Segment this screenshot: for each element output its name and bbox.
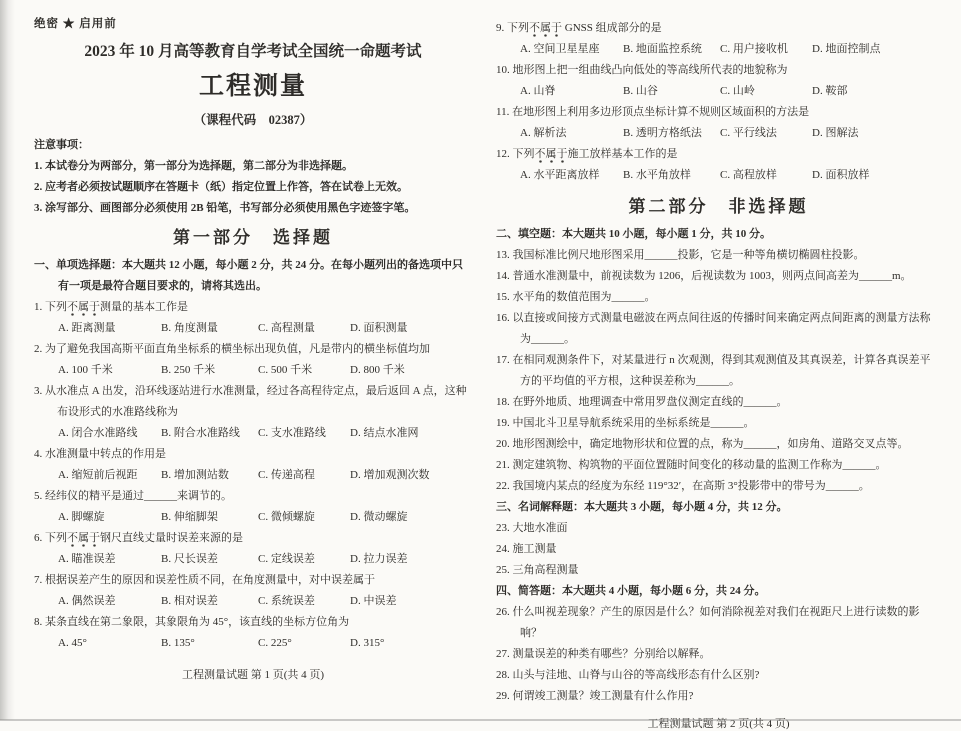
notes-heading: 注意事项： <box>34 135 472 156</box>
note-item-2: 2. 应考者必须按试题顺序在答题卡（纸）指定位置上作答，答在试卷上无效。 <box>34 177 472 198</box>
question-10: 10. 地形图上把一组曲线凸向低处的等高线所代表的地貌称为 A. 山脊 B. 山… <box>496 60 941 102</box>
question-text: 9. 下列不属于 GNSS 组成部分的是 <box>496 18 941 39</box>
option-d: D. 800 千米 <box>350 360 472 381</box>
option-b: B. 地面监控系统 <box>623 39 720 60</box>
option-c: C. 定线误差 <box>258 549 350 570</box>
question-options: A. 空间卫星星座 B. 地面监控系统 C. 用户接收机 D. 地面控制点 <box>496 39 941 60</box>
question-text-pre: 7. 根据误差产生的原因和误差性质不同，在角度测量中，对中误差属于 <box>34 574 375 586</box>
question-22: 22. 我国境内某点的经度为东经 119°32′，在高斯 3°投影带中的带号为_… <box>496 476 941 497</box>
option-a: A. 45° <box>58 633 161 654</box>
question-text: 4. 水准测量中转点的作用是 <box>34 444 472 465</box>
question-13: 13. 我国标准比例尺地形图采用______投影，它是一种等角横切椭圆柱投影。 <box>496 245 941 266</box>
question-1: 1. 下列不属于测量的基本工作是 A. 距离测量 B. 角度测量 C. 高程测量… <box>34 297 472 339</box>
question-15: 15. 水平角的数值范围为______。 <box>496 287 941 308</box>
question-options: A. 距离测量 B. 角度测量 C. 高程测量 D. 面积测量 <box>34 318 472 339</box>
question-text: 1. 下列不属于测量的基本工作是 <box>34 297 472 318</box>
course-code: （课程代码 02387） <box>34 110 472 130</box>
question-26: 26. 什么叫视差现象？产生的原因是什么？如何消除视差对我们在视距尺上进行读数的… <box>496 602 941 644</box>
option-a: A. 100 千米 <box>58 360 161 381</box>
question-options: A. 100 千米 B. 250 千米 C. 500 千米 D. 800 千米 <box>34 360 472 381</box>
question-options: A. 解析法 B. 透明方格纸法 C. 平行线法 D. 图解法 <box>496 123 941 144</box>
option-c: C. 500 千米 <box>258 360 350 381</box>
question-options: A. 缩短前后视距 B. 增加测站数 C. 传递高程 D. 增加观测次数 <box>34 465 472 486</box>
question-29: 29. 何谓竣工测量？竣工测量有什么作用? <box>496 686 941 707</box>
option-a: A. 空间卫星星座 <box>520 39 623 60</box>
question-text-pre: 1. 下列 <box>34 301 67 313</box>
option-c: C. 微倾螺旋 <box>258 507 350 528</box>
question-11: 11. 在地形图上利用多边形顶点坐标计算不规则区域面积的方法是 A. 解析法 B… <box>496 102 941 144</box>
option-b: B. 相对误差 <box>161 591 258 612</box>
option-b: B. 增加测站数 <box>161 465 258 486</box>
subject-title: 工程测量 <box>34 71 472 103</box>
option-c: C. 山岭 <box>720 81 812 102</box>
option-d: D. 微动螺旋 <box>350 507 472 528</box>
option-d: D. 地面控制点 <box>812 39 941 60</box>
option-c: C. 系统误差 <box>258 591 350 612</box>
question-6: 6. 下列不属于钢尺直线丈量时误差来源的是 A. 瞄准误差 B. 尺长误差 C.… <box>34 528 472 570</box>
option-b: B. 尺长误差 <box>161 549 258 570</box>
option-c: C. 平行线法 <box>720 123 812 144</box>
option-a: A. 脚螺旋 <box>58 507 161 528</box>
question-text-post: 施工放样基本工作的是 <box>568 148 678 160</box>
question-options: A. 偶然误差 B. 相对误差 C. 系统误差 D. 中误差 <box>34 591 472 612</box>
option-b: B. 135° <box>161 633 258 654</box>
question-16: 16. 以直接或间接方式测量电磁波在两点间往返的传播时间来确定两点间距离的测量方… <box>496 308 941 350</box>
option-d: D. 图解法 <box>812 123 941 144</box>
emphasized-text: 不属于 <box>67 532 100 547</box>
question-19: 19. 中国北斗卫星导航系统采用的坐标系统是______。 <box>496 413 941 434</box>
question-text-pre: 8. 某条直线在第二象限，其象限角为 45°，该直线的坐标方位角为 <box>34 616 349 628</box>
note-item-1: 1. 本试卷分为两部分，第一部分为选择题，第二部分为非选择题。 <box>34 156 472 177</box>
option-c: C. 传递高程 <box>258 465 350 486</box>
option-b: B. 附合水准路线 <box>161 423 258 444</box>
question-27: 27. 测量误差的种类有哪些？分别给以解释。 <box>496 644 941 665</box>
emphasized-text: 不属于 <box>67 301 100 316</box>
question-options: A. 45° B. 135° C. 225° D. 315° <box>34 633 472 654</box>
question-options: A. 水平距离放样 B. 水平角放样 C. 高程放样 D. 面积放样 <box>496 165 941 186</box>
page-2-column: 9. 下列不属于 GNSS 组成部分的是 A. 空间卫星星座 B. 地面监控系统… <box>496 12 941 731</box>
question-text-post: 测量的基本工作是 <box>100 301 188 313</box>
question-text: 3. 从水准点 A 出发，沿环线逐站进行水准测量，经过各高程待定点，最后返回 A… <box>34 381 472 423</box>
question-25: 25. 三角高程测量 <box>496 560 941 581</box>
question-text: 10. 地形图上把一组曲线凸向低处的等高线所代表的地貌称为 <box>496 60 941 81</box>
note-item-3: 3. 涂写部分、画图部分必须使用 2B 铅笔，书写部分必须使用黑色字迹签字笔。 <box>34 198 472 219</box>
question-text-pre: 2. 为了避免我国高斯平面直角坐标系的横坐标出现负值，凡是带内的横坐标值均加 <box>34 343 430 355</box>
question-text: 6. 下列不属于钢尺直线丈量时误差来源的是 <box>34 528 472 549</box>
option-a: A. 瞄准误差 <box>58 549 161 570</box>
question-5: 5. 经纬仪的精平是通过______来调节的。 A. 脚螺旋 B. 伸缩脚架 C… <box>34 486 472 528</box>
option-b: B. 山谷 <box>623 81 720 102</box>
part-1-heading: 第一部分 选择题 <box>34 226 472 250</box>
question-9: 9. 下列不属于 GNSS 组成部分的是 A. 空间卫星星座 B. 地面监控系统… <box>496 18 941 60</box>
option-d: D. 拉力误差 <box>350 549 472 570</box>
question-text: 2. 为了避免我国高斯平面直角坐标系的横坐标出现负值，凡是带内的横坐标值均加 <box>34 339 472 360</box>
question-text-post: GNSS 组成部分的是 <box>562 22 662 34</box>
question-23: 23. 大地水准面 <box>496 518 941 539</box>
question-text-post: 钢尺直线丈量时误差来源的是 <box>100 532 243 544</box>
question-text-pre: 4. 水准测量中转点的作用是 <box>34 448 166 460</box>
question-3: 3. 从水准点 A 出发，沿环线逐站进行水准测量，经过各高程待定点，最后返回 A… <box>34 381 472 444</box>
question-18: 18. 在野外地质、地理调查中常用罗盘仪测定直线的______。 <box>496 392 941 413</box>
section-2-intro: 二、填空题：本大题共 10 小题，每小题 1 分，共 10 分。 <box>496 224 941 245</box>
section-3-intro: 三、名词解释题：本大题共 3 小题，每小题 4 分，共 12 分。 <box>496 497 941 518</box>
question-2: 2. 为了避免我国高斯平面直角坐标系的横坐标出现负值，凡是带内的横坐标值均加 A… <box>34 339 472 381</box>
question-text: 12. 下列不属于施工放样基本工作的是 <box>496 144 941 165</box>
option-b: B. 水平角放样 <box>623 165 720 186</box>
option-b: B. 伸缩脚架 <box>161 507 258 528</box>
question-text-pre: 12. 下列 <box>496 148 535 160</box>
option-d: D. 面积放样 <box>812 165 941 186</box>
question-options: A. 瞄准误差 B. 尺长误差 C. 定线误差 D. 拉力误差 <box>34 549 472 570</box>
option-b: B. 角度测量 <box>161 318 258 339</box>
option-d: D. 增加观测次数 <box>350 465 472 486</box>
question-7: 7. 根据误差产生的原因和误差性质不同，在角度测量中，对中误差属于 A. 偶然误… <box>34 570 472 612</box>
option-a: A. 闭合水准路线 <box>58 423 161 444</box>
option-c: C. 支水准路线 <box>258 423 350 444</box>
question-14: 14. 普通水准测量中，前视读数为 1206，后视读数为 1003，则两点间高差… <box>496 266 941 287</box>
question-text-pre: 3. 从水准点 A 出发，沿环线逐站进行水准测量，经过各高程待定点，最后返回 A… <box>34 385 467 418</box>
option-b: B. 透明方格纸法 <box>623 123 720 144</box>
classification-banner: 绝密 ★ 启用前 <box>34 15 472 33</box>
question-options: A. 山脊 B. 山谷 C. 山岭 D. 鞍部 <box>496 81 941 102</box>
option-a: A. 缩短前后视距 <box>58 465 161 486</box>
question-17: 17. 在相同观测条件下，对某量进行 n 次观测，得到其观测值及其真误差，计算各… <box>496 350 941 392</box>
emphasized-text: 不属于 <box>535 148 568 163</box>
question-text: 7. 根据误差产生的原因和误差性质不同，在角度测量中，对中误差属于 <box>34 570 472 591</box>
question-text-pre: 6. 下列 <box>34 532 67 544</box>
option-d: D. 中误差 <box>350 591 472 612</box>
option-d: D. 结点水准网 <box>350 423 472 444</box>
option-a: A. 偶然误差 <box>58 591 161 612</box>
option-b: B. 250 千米 <box>161 360 258 381</box>
question-21: 21. 测定建筑物、构筑物的平面位置随时间变化的移动量的监测工作称为______… <box>496 455 941 476</box>
question-options: A. 脚螺旋 B. 伸缩脚架 C. 微倾螺旋 D. 微动螺旋 <box>34 507 472 528</box>
emphasized-text: 不属于 <box>529 22 562 37</box>
option-d: D. 面积测量 <box>350 318 472 339</box>
question-text: 11. 在地形图上利用多边形顶点坐标计算不规则区域面积的方法是 <box>496 102 941 123</box>
option-a: A. 距离测量 <box>58 318 161 339</box>
option-d: D. 鞍部 <box>812 81 941 102</box>
option-c: C. 高程测量 <box>258 318 350 339</box>
option-c: C. 高程放样 <box>720 165 812 186</box>
question-28: 28. 山头与洼地、山脊与山谷的等高线形态有什么区别? <box>496 665 941 686</box>
page-2-footer: 工程测量试题 第 2 页(共 4 页) <box>496 714 941 731</box>
exam-paper-scan: 绝密 ★ 启用前 2023 年 10 月高等教育自学考试全国统一命题考试 工程测… <box>0 0 961 731</box>
question-text: 8. 某条直线在第二象限，其象限角为 45°，该直线的坐标方位角为 <box>34 612 472 633</box>
question-20: 20. 地形图测绘中，确定地物形状和位置的点，称为______，如房角、道路交叉… <box>496 434 941 455</box>
question-text-pre: 11. 在地形图上利用多边形顶点坐标计算不规则区域面积的方法是 <box>496 106 809 118</box>
exam-title: 2023 年 10 月高等教育自学考试全国统一命题考试 <box>34 41 472 63</box>
question-24: 24. 施工测量 <box>496 539 941 560</box>
question-text-pre: 9. 下列 <box>496 22 529 34</box>
question-text-pre: 5. 经纬仪的精平是通过______来调节的。 <box>34 490 232 502</box>
question-text-pre: 10. 地形图上把一组曲线凸向低处的等高线所代表的地貌称为 <box>496 64 788 76</box>
page-1-column: 绝密 ★ 启用前 2023 年 10 月高等教育自学考试全国统一命题考试 工程测… <box>34 12 472 731</box>
part-2-heading: 第二部分 非选择题 <box>496 195 941 219</box>
question-text: 5. 经纬仪的精平是通过______来调节的。 <box>34 486 472 507</box>
option-c: C. 225° <box>258 633 350 654</box>
section-1-intro: 一、单项选择题：本大题共 12 小题，每小题 2 分，共 24 分。在每小题列出… <box>34 255 472 297</box>
section-4-intro: 四、简答题：本大题共 4 小题，每小题 6 分，共 24 分。 <box>496 581 941 602</box>
option-c: C. 用户接收机 <box>720 39 812 60</box>
option-a: A. 解析法 <box>520 123 623 144</box>
option-a: A. 山脊 <box>520 81 623 102</box>
question-12: 12. 下列不属于施工放样基本工作的是 A. 水平距离放样 B. 水平角放样 C… <box>496 144 941 186</box>
option-a: A. 水平距离放样 <box>520 165 623 186</box>
question-8: 8. 某条直线在第二象限，其象限角为 45°，该直线的坐标方位角为 A. 45°… <box>34 612 472 654</box>
option-d: D. 315° <box>350 633 472 654</box>
question-4: 4. 水准测量中转点的作用是 A. 缩短前后视距 B. 增加测站数 C. 传递高… <box>34 444 472 486</box>
question-options: A. 闭合水准路线 B. 附合水准路线 C. 支水准路线 D. 结点水准网 <box>34 423 472 444</box>
page-1-footer: 工程测量试题 第 1 页(共 4 页) <box>34 665 472 685</box>
